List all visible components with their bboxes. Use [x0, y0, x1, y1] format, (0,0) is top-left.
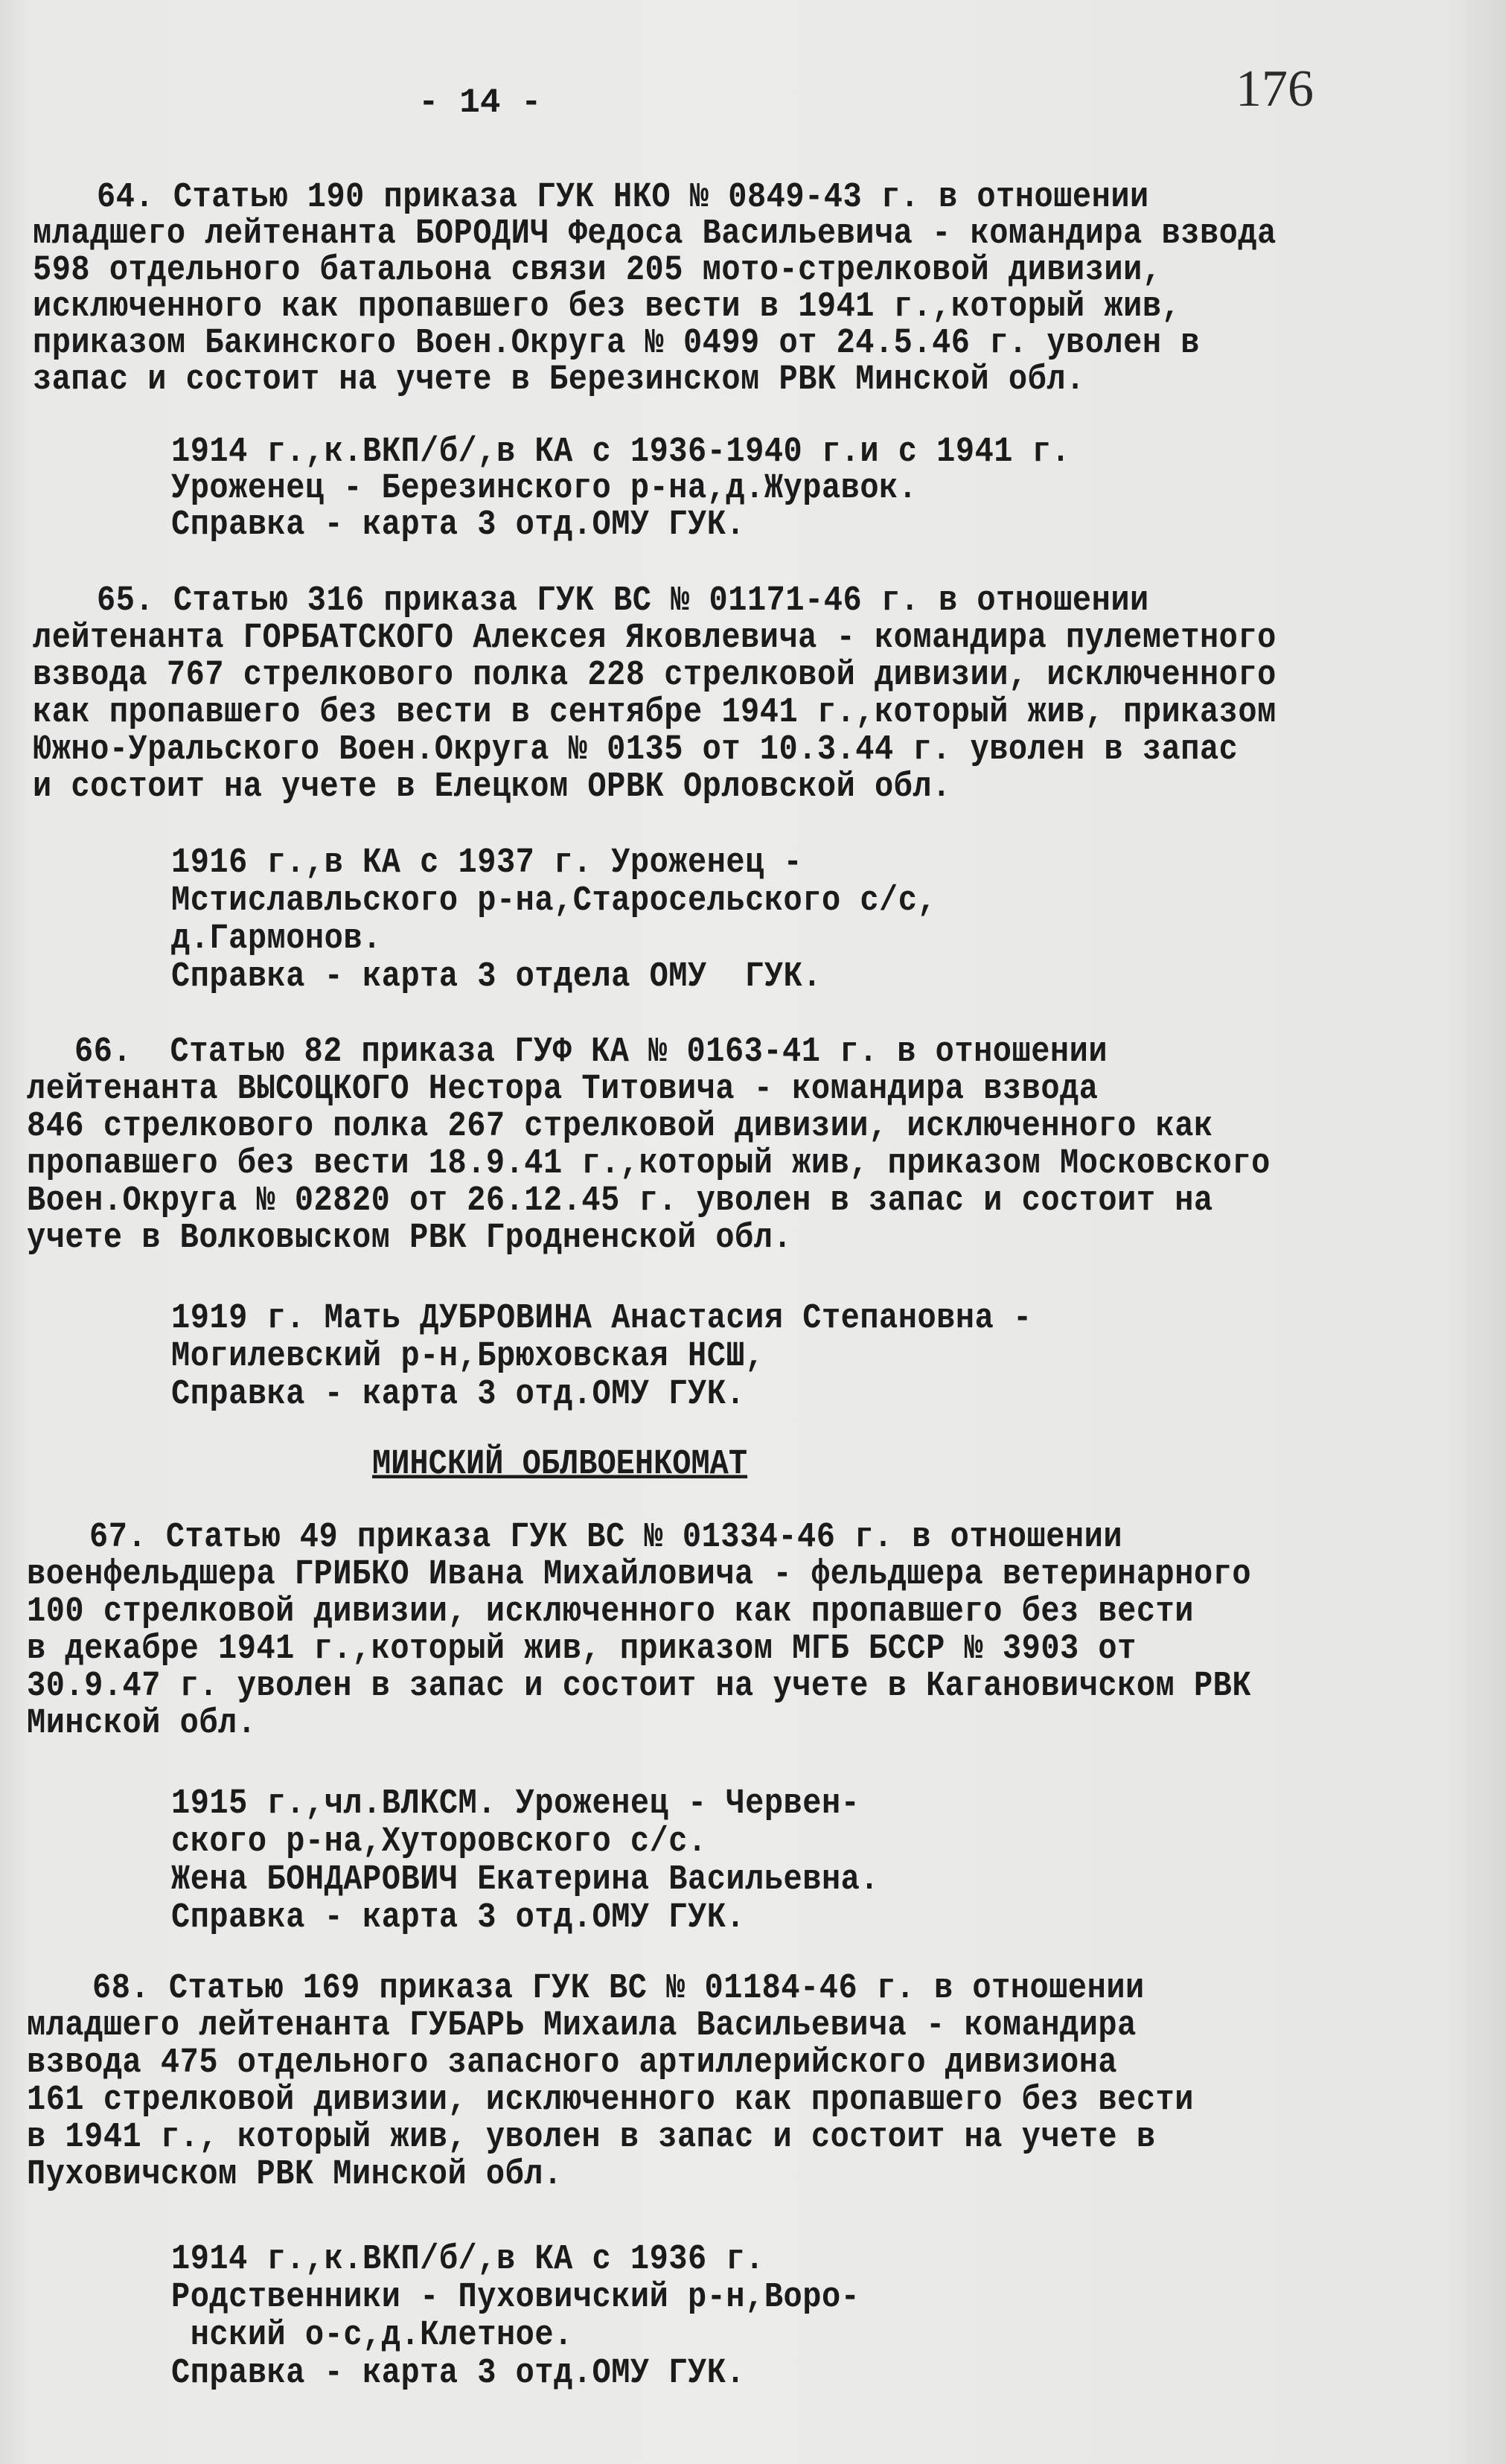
entry-65-line: взвода 767 стрелкового полка 228 стрелко… — [33, 655, 1276, 696]
entry-64-line: младшего лейтенанта БОРОДИЧ Федоса Васил… — [33, 214, 1276, 255]
entry-64-line: исключенного как пропавшего без вести в … — [33, 287, 1180, 328]
entry-66-line: учете в Волковыском РВК Гродненской обл. — [27, 1218, 792, 1259]
entry-64-line: приказом Бакинского Воен.Округа № 0499 о… — [33, 323, 1200, 364]
entry-65-detail: Мстиславльского р-на,Старосельского с/с, — [171, 881, 936, 922]
page-number: - 14 - — [418, 83, 542, 122]
entry-64-line: 64. Статью 190 приказа ГУК НКО № 0849-43… — [97, 177, 1149, 218]
entry-65-line: Южно-Уральского Воен.Округа № 0135 от 10… — [33, 730, 1238, 770]
entry-66-line: 66. Статью 82 приказа ГУФ КА № 0163-41 г… — [74, 1032, 1108, 1073]
entry-67-line: военфельдшера ГРИБКО Ивана Михайловича -… — [27, 1554, 1251, 1595]
folio-number: 176 — [1236, 60, 1314, 119]
entry-64-detail: Справка - карта 3 отд.ОМУ ГУК. — [171, 505, 745, 546]
entry-65-line: и состоит на учете в Елецком ОРВК Орловс… — [33, 767, 951, 808]
entry-67-detail: Справка - карта 3 отд.ОМУ ГУК. — [171, 1898, 745, 1938]
entry-64-detail: 1914 г.,к.ВКП/б/,в КА с 1936-1940 г.и с … — [171, 432, 1070, 473]
entry-68-line: в 1941 г., который жив, уволен в запас и… — [27, 2117, 1156, 2158]
entry-67-line: в декабре 1941 г.,который жив, приказом … — [27, 1629, 1137, 1670]
entry-67-detail: ского р-на,Хуторовского с/с. — [171, 1822, 707, 1863]
entry-68-line: 68. Статью 169 приказа ГУК ВС № 01184-46… — [92, 1968, 1145, 2009]
entry-65-line: как пропавшего без вести в сентябре 1941… — [33, 692, 1276, 733]
entry-67-detail: Жена БОНДАРОВИЧ Екатерина Васильевна. — [171, 1860, 879, 1900]
entry-67-line: Минской обл. — [27, 1703, 256, 1744]
entry-67-line: 100 стрелковой дивизии, исключенного как… — [27, 1592, 1194, 1632]
entry-66-detail: Справка - карта 3 отд.ОМУ ГУК. — [171, 1374, 745, 1415]
entry-68-line: взвода 475 отдельного запасного артиллер… — [27, 2043, 1117, 2084]
entry-66-detail: 1919 г. Мать ДУБРОВИНА Анастасия Степано… — [171, 1298, 1032, 1339]
entry-68-detail: Справка - карта 3 отд.ОМУ ГУК. — [171, 2353, 745, 2394]
section-heading: МИНСКИЙ ОБЛВОЕНКОМАТ — [372, 1444, 747, 1484]
entry-64-line: запас и состоит на учете в Березинском Р… — [33, 360, 1085, 400]
entry-66-line: Воен.Округа № 02820 от 26.12.45 г. уволе… — [27, 1181, 1213, 1222]
entry-66-detail: Могилевский р-н,Брюховская НСШ, — [171, 1336, 764, 1377]
entry-65-detail: д.Гармонов. — [171, 919, 382, 960]
entry-66-line: лейтенанта ВЫСОЦКОГО Нестора Титовича - … — [27, 1069, 1098, 1110]
entry-65-line: 65. Статью 316 приказа ГУК ВС № 01171-46… — [97, 581, 1149, 622]
entry-67-line: 30.9.47 г. уволен в запас и состоит на у… — [27, 1666, 1251, 1707]
entry-64-line: 598 отдельного батальона связи 205 мото-… — [33, 250, 1162, 291]
entry-65-line: лейтенанта ГОРБАТСКОГО Алексея Яковлевич… — [33, 618, 1276, 659]
entry-67-line: 67. Статью 49 приказа ГУК ВС № 01334-46 … — [89, 1517, 1122, 1558]
entry-66-line: 846 стрелкового полка 267 стрелковой див… — [27, 1106, 1213, 1147]
entry-65-detail: 1916 г.,в КА с 1937 г. Уроженец - — [171, 843, 802, 884]
entry-64-detail: Уроженец - Березинского р-на,д.Журавок. — [171, 468, 917, 509]
entry-68-detail: Родственники - Пуховичский р-н,Воро- — [171, 2277, 860, 2318]
entry-68-line: Пуховичском РВК Минской обл. — [27, 2154, 563, 2195]
entry-68-detail: 1914 г.,к.ВКП/б/,в КА с 1936 г. — [171, 2239, 764, 2280]
entry-65-detail: Справка - карта 3 отдела ОМУ ГУК. — [171, 957, 822, 998]
document-page: - 14 - 176 64. Статью 190 приказа ГУК НК… — [0, 0, 1505, 2464]
entry-67-detail: 1915 г.,чл.ВЛКСМ. Уроженец - Червен- — [171, 1784, 860, 1825]
entry-68-line: 161 стрелковой дивизии, исключенного как… — [27, 2080, 1194, 2121]
entry-68-detail: нский о-с,д.Клетное. — [171, 2315, 573, 2356]
entry-66-line: пропавшего без вести 18.9.41 г.,который … — [27, 1143, 1271, 1184]
entry-68-line: младшего лейтенанта ГУБАРЬ Михаила Васил… — [27, 2005, 1137, 2046]
